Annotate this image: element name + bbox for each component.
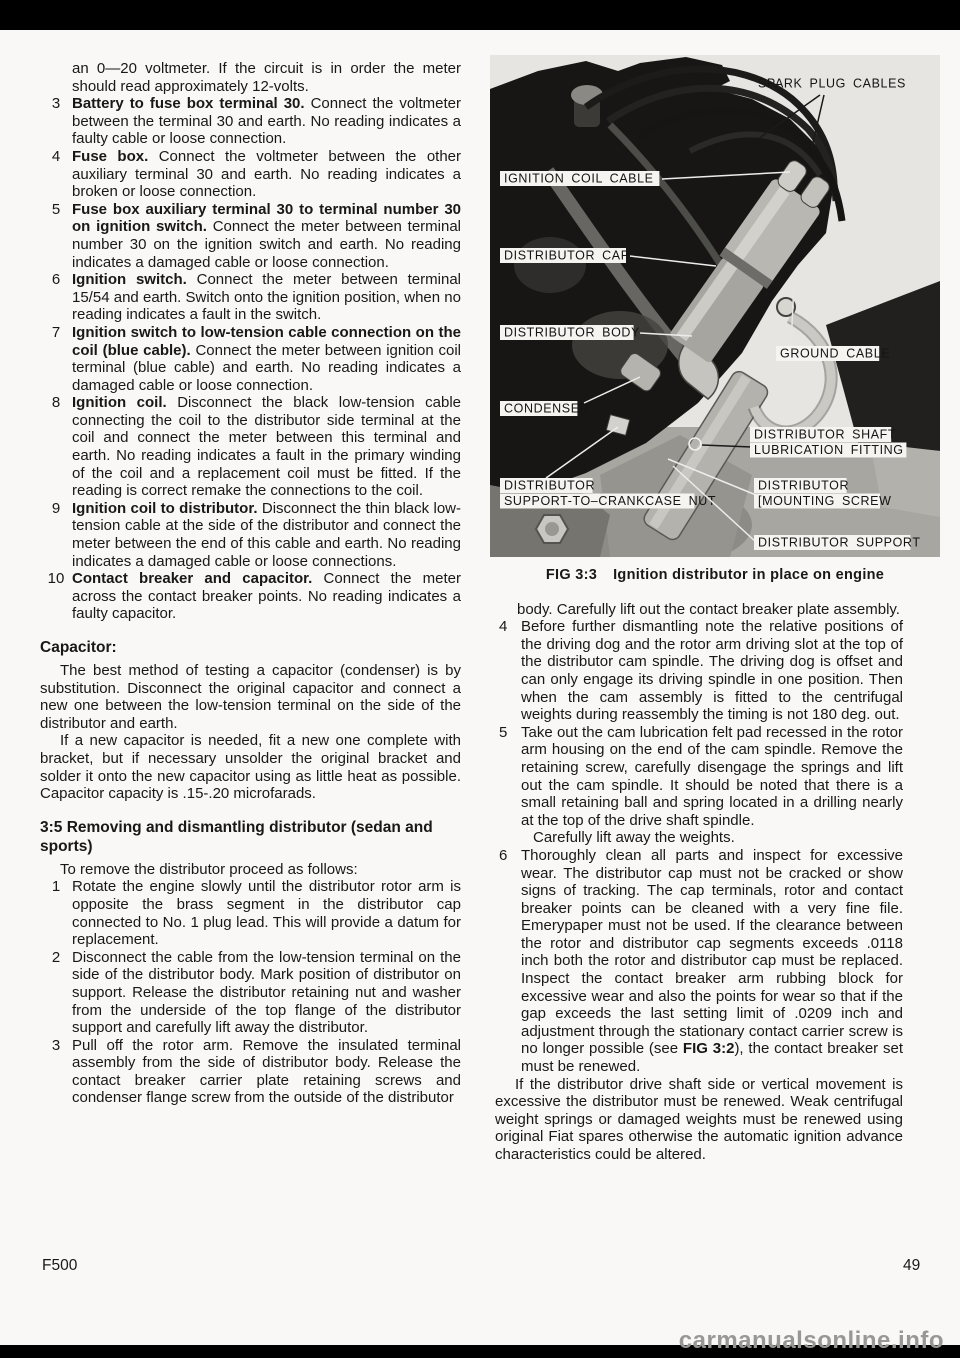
capacitor-paragraph-1: The best method of testing a capacitor (… [40, 662, 461, 732]
item-text: Disconnect the cable from the low-tensio… [72, 949, 461, 1037]
figure-label-text: DISTRIBUTOR SUPPORT [758, 536, 921, 550]
watermark: carmanualsonline.info [679, 1327, 944, 1355]
list-item: 6Thoroughly clean all parts and inspect … [495, 847, 903, 1076]
figure-label-text: DISTRIBUTOR SHAFT [754, 428, 896, 442]
item-lead: Ignition coil to distributor. [72, 500, 258, 517]
top-bar [0, 0, 960, 30]
item-text: Ignition switch. Connect the meter betwe… [72, 271, 461, 324]
item-text: Thoroughly clean all parts and inspect f… [521, 847, 903, 1076]
list-item: 1Rotate the engine slowly until the dist… [40, 878, 461, 948]
item-number: 6 [40, 271, 72, 324]
item-number [40, 60, 72, 95]
figure-label-text: DISTRIBUTOR BODY [504, 326, 640, 340]
item-text: Ignition coil. Disconnect the black low-… [72, 394, 461, 500]
list-item: 8Ignition coil. Disconnect the black low… [40, 394, 461, 500]
item-lead: Ignition switch. [72, 271, 187, 288]
right-column: SPARK PLUG CABLESIGNITION COIL CABLEDIST… [490, 55, 940, 1164]
figure-label-text: LUBRICATION FITTING [754, 443, 904, 457]
item-body: an 0—20 voltmeter. If the circuit is in … [72, 60, 461, 95]
item-extra-line: Carefully lift away the weights. [521, 829, 903, 847]
item-text: Rotate the engine slowly until the distr… [72, 878, 461, 948]
item-number: 7 [40, 324, 72, 394]
figure-label-text: CONDENSER [504, 402, 589, 416]
item-number: 3 [40, 95, 72, 148]
item-number: 5 [495, 724, 521, 847]
continuation-paragraph: body. Carefully lift out the contact bre… [517, 601, 903, 619]
footer-page-number: 49 [903, 1257, 920, 1275]
capacitor-paragraph-2: If a new capacitor is needed, fit a new … [40, 732, 461, 802]
item-text: Pull off the rotor arm. Remove the insul… [72, 1037, 461, 1107]
item-number: 9 [40, 500, 72, 570]
item-number: 4 [495, 618, 521, 724]
list-item: 3Pull off the rotor arm. Remove the insu… [40, 1037, 461, 1107]
list-item: 9Ignition coil to distributor. Disconnec… [40, 500, 461, 570]
item-body: Rotate the engine slowly until the distr… [72, 878, 461, 948]
figure-caption: FIG 3:3Ignition distributor in place on … [490, 567, 940, 585]
footer-model-code: F500 [42, 1257, 77, 1275]
item-text: an 0—20 voltmeter. If the circuit is in … [72, 60, 461, 95]
figure-caption-number: FIG 3:3 [546, 567, 597, 583]
figure-label-text: DISTRIBUTOR [758, 479, 849, 493]
item-body: Take out the cam lubrication felt pad re… [521, 724, 903, 829]
item-text: Contact breaker and capacitor. Connect t… [72, 570, 461, 623]
item-number: 4 [40, 148, 72, 201]
item-text: Fuse box. Connect the voltmeter between … [72, 148, 461, 201]
item-lead: Fuse box. [72, 148, 148, 165]
section-heading-3-5: 3:5 Removing and dismantling distributor… [40, 818, 461, 856]
item-text: Ignition coil to distributor. Disconnect… [72, 500, 461, 570]
list-item: 2Disconnect the cable from the low-tensi… [40, 949, 461, 1037]
item-number: 10 [40, 570, 72, 623]
removal-intro: To remove the distributor proceed as fol… [40, 861, 461, 879]
capacitor-heading: Capacitor: [40, 638, 461, 657]
numbered-checks-list: an 0—20 voltmeter. If the circuit is in … [40, 60, 461, 623]
item-body: Disconnect the cable from the low-tensio… [72, 949, 461, 1036]
item-lead: Ignition coil. [72, 394, 167, 411]
item-text: Take out the cam lubrication felt pad re… [521, 724, 903, 847]
list-item: 4Before further dismantling note the rel… [495, 618, 903, 724]
figure-reference: FIG 3:2 [683, 1040, 735, 1057]
item-text-part: Thoroughly clean all parts and inspect f… [521, 847, 903, 1058]
item-number: 3 [40, 1037, 72, 1107]
engine-photo: SPARK PLUG CABLESIGNITION COIL CABLEDIST… [490, 55, 940, 557]
item-lead: Battery to fuse box terminal 30. [72, 95, 305, 112]
list-item: 4Fuse box. Connect the voltmeter between… [40, 148, 461, 201]
final-paragraph: If the distributor drive shaft side or v… [495, 1076, 903, 1164]
figure-label-text: SPARK PLUG CABLES [758, 77, 906, 91]
item-text: Before further dismantling note the rela… [521, 618, 903, 724]
item-number: 2 [40, 949, 72, 1037]
item-text: Battery to fuse box terminal 30. Connect… [72, 95, 461, 148]
list-item: 5Fuse box auxiliary terminal 30 to termi… [40, 201, 461, 271]
figure-caption-text: Ignition distributor in place on engine [613, 567, 884, 583]
list-item: 3Battery to fuse box terminal 30. Connec… [40, 95, 461, 148]
left-column: an 0—20 voltmeter. If the circuit is in … [40, 60, 461, 1107]
item-number: 1 [40, 878, 72, 948]
dismantling-steps-list: 4Before further dismantling note the rel… [495, 618, 903, 1075]
item-number: 6 [495, 847, 521, 1076]
removal-steps-list: 1Rotate the engine slowly until the dist… [40, 878, 461, 1107]
figure-label-text: DISTRIBUTOR [504, 479, 595, 493]
item-number: 5 [40, 201, 72, 271]
list-item: 10Contact breaker and capacitor. Connect… [40, 570, 461, 623]
figure-label-text: [MOUNTING SCREW [758, 494, 892, 508]
item-body: Before further dismantling note the rela… [521, 618, 903, 723]
item-text: Ignition switch to low-tension cable con… [72, 324, 461, 394]
list-item: an 0—20 voltmeter. If the circuit is in … [40, 60, 461, 95]
item-number: 8 [40, 394, 72, 500]
figure-3-3: SPARK PLUG CABLESIGNITION COIL CABLEDIST… [490, 55, 940, 585]
item-body: Pull off the rotor arm. Remove the insul… [72, 1037, 461, 1107]
item-lead: Contact breaker and capacitor. [72, 570, 312, 587]
item-text: Fuse box auxiliary terminal 30 to termin… [72, 201, 461, 271]
figure-label-text: IGNITION COIL CABLE [504, 172, 654, 186]
figure-label-text: GROUND CABLE [780, 347, 890, 361]
right-column-text: body. Carefully lift out the contact bre… [495, 601, 903, 1164]
list-item: 6Ignition switch. Connect the meter betw… [40, 271, 461, 324]
figure-label-text: SUPPORT-TO–CRANKCASE NUT [504, 494, 716, 508]
list-item: 7Ignition switch to low-tension cable co… [40, 324, 461, 394]
figure-label-text: DISTRIBUTOR CAP [504, 249, 630, 263]
list-item: 5Take out the cam lubrication felt pad r… [495, 724, 903, 847]
